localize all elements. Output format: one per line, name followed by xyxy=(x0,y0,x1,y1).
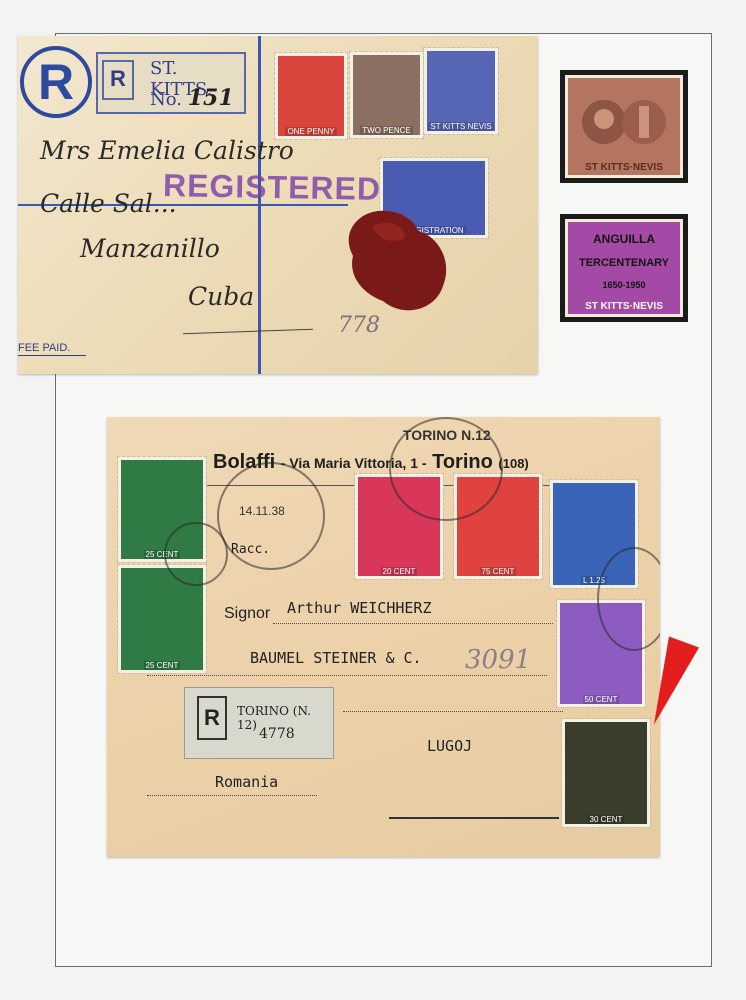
stamp-one-penny: ONE PENNY xyxy=(275,53,347,139)
overprint-years: 1650-1950 xyxy=(602,280,645,290)
recipient-city: LUGOJ xyxy=(427,737,472,755)
registration-number: 151 xyxy=(188,85,234,111)
recipient-country: Romania xyxy=(215,773,278,791)
stamp-bottom-text: ST KITTS·NEVIS xyxy=(585,162,663,173)
postmark-torino-top: TORINO N.12 xyxy=(389,417,503,521)
registration-label-letter: R xyxy=(102,60,134,100)
recipient-company: BAUMEL STEINER & C. xyxy=(250,649,422,667)
overprint-tercentenary: TERCENTENARY xyxy=(579,257,669,269)
racc-text: Racc. xyxy=(231,542,270,557)
stamp-30c-brown-black: 30 CENT xyxy=(562,719,650,827)
overprint-anguilla: ANGUILLA xyxy=(593,232,655,246)
address-rule-1 xyxy=(273,623,553,624)
registered-handstamp: REGISTERED xyxy=(163,167,382,208)
address-rule-3 xyxy=(343,711,563,712)
loose-stamp-george-v: ST KITTS·NEVIS xyxy=(560,70,688,183)
stamp-portrait-icon xyxy=(579,92,669,152)
pencil-note: 3091 xyxy=(465,645,531,675)
registration-label-letter: R xyxy=(197,696,227,740)
salutation: Signor xyxy=(224,605,270,623)
pencil-note: 778 xyxy=(338,313,380,338)
stamp-blue: ST KITTS NEVIS xyxy=(424,48,498,134)
st-kitts-registered-cover: R R ST. KITTS. No. 151 ONE PENNY TWO PEN… xyxy=(18,36,538,374)
address-line-2: Calle Sal... xyxy=(40,189,177,218)
recipient-name: Arthur WEICHHERZ xyxy=(287,599,432,617)
address-line-1: Mrs Emelia Calistro xyxy=(40,136,294,165)
registration-label-number-row: No. 151 xyxy=(150,85,234,111)
registration-no-prefix: No. xyxy=(150,89,182,110)
registration-label: R ST. KITTS. No. 151 xyxy=(96,52,246,114)
wax-seal xyxy=(343,206,453,321)
address-rule-2 xyxy=(147,675,547,676)
postmark-partial xyxy=(164,522,228,586)
loose-stamp-anguilla-tercentenary: ANGUILLA TERCENTENARY 1650-1950 ST KITTS… xyxy=(560,214,688,322)
registration-number: 4778 xyxy=(259,726,295,742)
address-line-4: Cuba xyxy=(188,282,254,311)
underline-stroke xyxy=(183,329,313,335)
stamp-two-pence: TWO PENCE xyxy=(350,52,423,138)
address-line-3: Manzanillo xyxy=(80,234,220,263)
fee-paid-text: FEE PAID. xyxy=(18,342,70,354)
registration-label: R TORINO (N. 12) 4778 xyxy=(184,687,334,759)
fee-paid-underline xyxy=(18,355,86,356)
bolaffi-torino-registered-cover: Bolaffi - Via Maria Vittoria, 1 - Torino… xyxy=(107,417,660,857)
registration-circle-r: R xyxy=(20,46,92,118)
address-rule-5 xyxy=(389,817,559,819)
stamp-bottom-text: ST KITTS·NEVIS xyxy=(585,301,663,312)
address-rule-4 xyxy=(147,795,317,796)
